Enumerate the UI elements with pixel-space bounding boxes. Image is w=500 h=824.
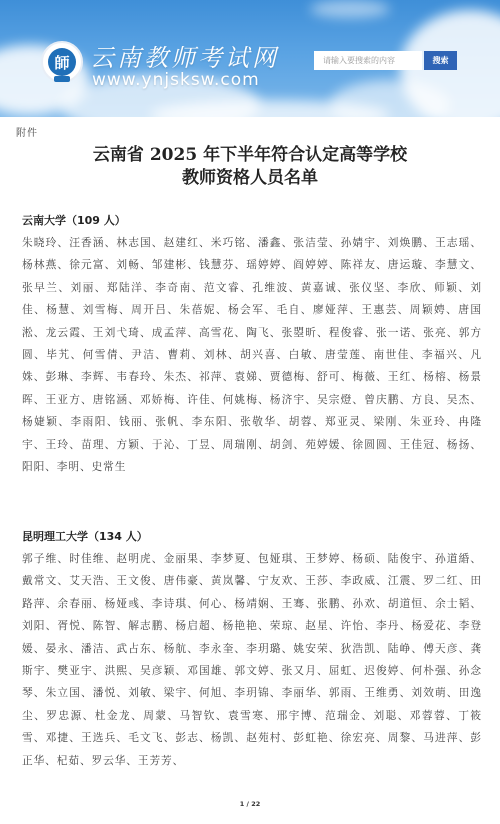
document-title: 云南省 2025 年下半年符合认定高等学校 教师资格人员名单 [0, 144, 500, 190]
section-heading: 云南大学（109 人） [22, 210, 482, 232]
site-title[interactable]: 云南教师考试网 [90, 38, 279, 73]
site-banner: 師 云南教师考试网 www.ynjsksw.com 搜索 [0, 0, 500, 117]
page-number: 1 / 22 [0, 800, 500, 808]
section-heading: 昆明理工大学（134 人） [22, 526, 482, 548]
section-yunnan-university: 云南大学（109 人） 朱晓玲、汪香涵、林志国、赵建红、米巧铭、潘鑫、张洁莹、孙… [22, 210, 482, 478]
attachment-label: 附件 [16, 124, 38, 139]
section-kunming-university-of-science-and-technology: 昆明理工大学（134 人） 郭子维、时佳维、赵明虎、金丽果、李梦夏、包娅琪、王梦… [22, 526, 482, 772]
name-list: 郭子维、时佳维、赵明虎、金丽果、李梦夏、包娅琪、王梦婷、杨硕、陆俊宇、孙道緍、戴… [22, 548, 482, 772]
search-input[interactable] [314, 51, 422, 70]
document-page: 附件 云南省 2025 年下半年符合认定高等学校 教师资格人员名单 云南大学（1… [0, 117, 500, 824]
cloud-decoration [310, 0, 390, 18]
logo-glyph: 師 [48, 48, 76, 76]
logo-ribbon [54, 76, 70, 82]
document-title-line1: 云南省 2025 年下半年符合认定高等学校 [0, 144, 500, 167]
search-button[interactable]: 搜索 [424, 51, 457, 70]
document-title-line2: 教师资格人员名单 [0, 167, 500, 190]
name-list: 朱晓玲、汪香涵、林志国、赵建红、米巧铭、潘鑫、张洁莹、孙婧宇、刘焕鹏、王志瑶、杨… [22, 232, 482, 478]
site-url[interactable]: www.ynjsksw.com [92, 70, 260, 90]
